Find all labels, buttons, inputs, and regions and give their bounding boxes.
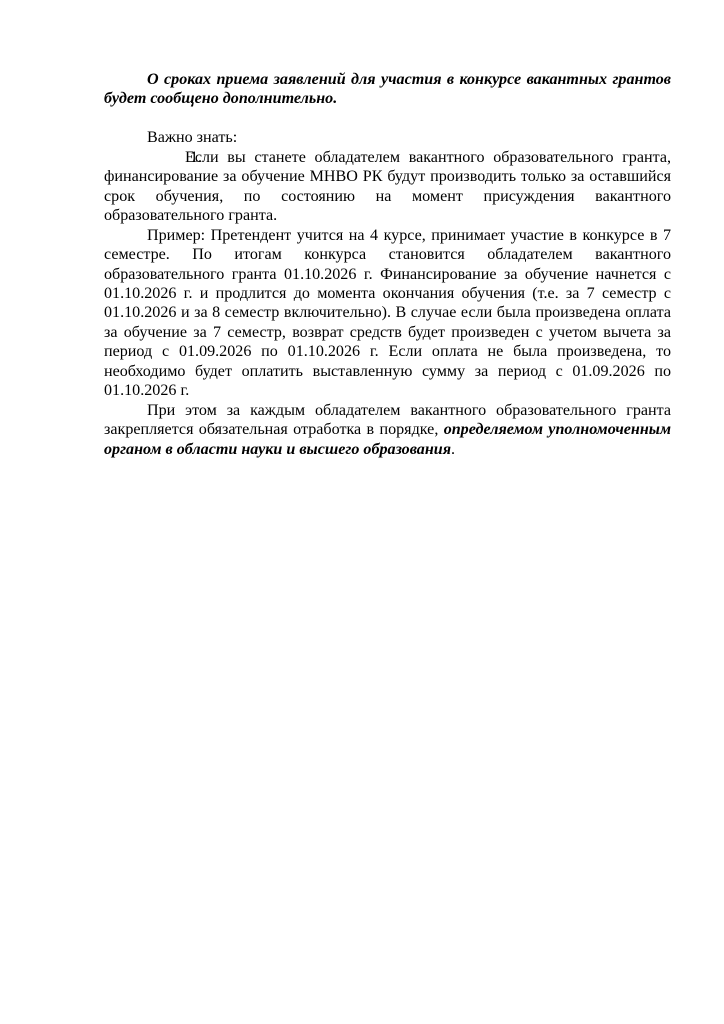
example-paragraph: Пример: Претендент учится на 4 курсе, пр… bbox=[104, 226, 671, 401]
important-heading: Важно знать: bbox=[104, 128, 671, 147]
notice-paragraph: О сроках приема заявлений для участия в … bbox=[104, 70, 671, 109]
document-page: О сроках приема заявлений для участия в … bbox=[0, 0, 724, 1024]
final-paragraph: При этом за каждым обладателем вакантног… bbox=[104, 401, 671, 459]
document-body: О сроках приема заявлений для участия в … bbox=[104, 70, 671, 459]
item-1-text: Если вы станете обладателем вакантного о… bbox=[104, 149, 671, 224]
spacer bbox=[104, 109, 671, 128]
final-end: . bbox=[451, 441, 455, 458]
item-1-paragraph: 1.Если вы станете обладателем вакантного… bbox=[104, 148, 671, 226]
item-1-number: 1. bbox=[147, 148, 185, 167]
